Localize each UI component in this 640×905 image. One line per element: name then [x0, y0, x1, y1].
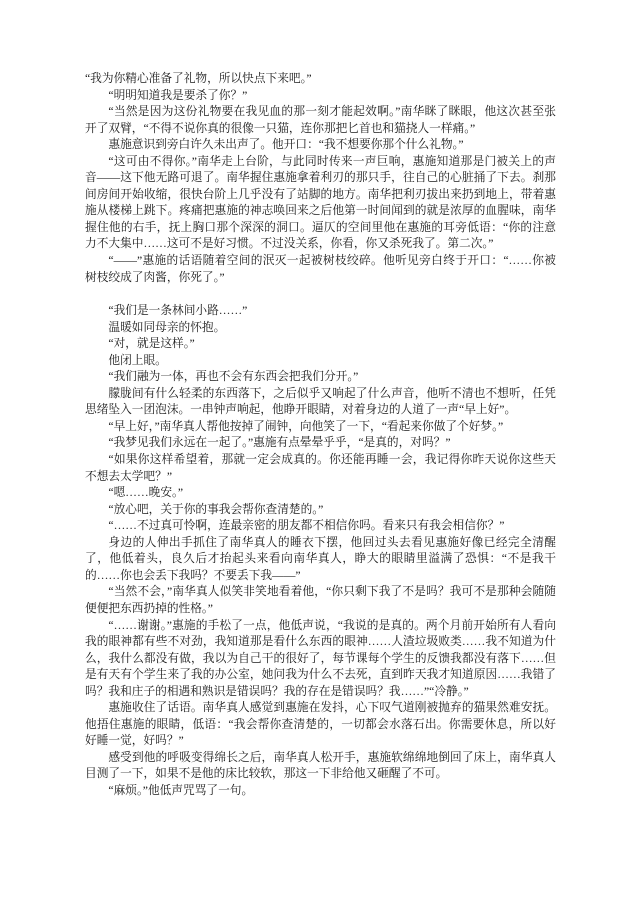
paragraph: 感受到他的呼吸变得绵长之后，南华真人松开手，惠施软绵绵地倒回了床上，南华真人目测…: [85, 750, 556, 783]
paragraph: “如果你这样希望着，那就一定会成真的。你还能再睡一会，我记得你昨天说你这些天不想…: [85, 452, 556, 485]
paragraph: 惠施收住了话语。南华真人感觉到惠施在发抖，心下叹气道刚被抛弃的猫果然难安抚。他捂…: [85, 700, 556, 750]
paragraph: “我们是一条林间小路……”: [85, 303, 556, 320]
paragraph: “早上好，”南华真人帮他按掉了闹钟，向他笑了一下，“看起来你做了个好梦。”: [85, 419, 556, 436]
paragraph: “我们融为一体，再也不会有东西会把我们分开。”: [85, 369, 556, 386]
paragraph: “……谢谢。”惠施的手松了一点，他低声说，“我说的是真的。两个月前开始所有人看向…: [85, 618, 556, 701]
document-page: “我为你精心准备了礼物，所以快点下来吧。” “明明知道我是要杀了你？” “当然是…: [0, 0, 640, 905]
paragraph: “我梦见我们永远在一起了。”惠施有点晕晕乎乎，“是真的，对吗？”: [85, 435, 556, 452]
paragraph: “对，就是这样。”: [85, 336, 556, 353]
paragraph: 身边的人伸出手抓住了南华真人的睡衣下摆，他回过头去看见惠施好像已经完全清醒了，他…: [85, 535, 556, 585]
paragraph: 温暖如同母亲的怀抱。: [85, 320, 556, 337]
paragraph: 惠施意识到旁白许久未出声了。他开口：“我不想要你那个什么礼物。”: [85, 137, 556, 154]
paragraph: 朦胧间有什么轻柔的东西落下，之后似乎又响起了什么声音，他听不清也不想听，任凭思绪…: [85, 386, 556, 419]
paragraph: “当然不会，”南华真人似笑非笑地看着他，“你只剩下我了不是吗？我可不是那种会随随…: [85, 584, 556, 617]
text-content: “我为你精心准备了礼物，所以快点下来吧。” “明明知道我是要杀了你？” “当然是…: [85, 71, 556, 800]
paragraph: “——”惠施的话语随着空间的泯灭一起被树枝绞碎。他听见旁白终于开口：“……你被树…: [85, 253, 556, 286]
paragraph: “这可由不得你。”南华走上台阶，与此同时传来一声巨响，惠施知道那是门被关上的声音…: [85, 154, 556, 253]
paragraph: “当然是因为这份礼物要在我见血的那一刻才能起效啊。”南华眯了眯眼，他这次甚至张开…: [85, 104, 556, 137]
paragraph: “明明知道我是要杀了你？”: [85, 88, 556, 105]
paragraph: “我为你精心准备了礼物，所以快点下来吧。”: [85, 71, 556, 88]
paragraph: “放心吧，关于你的事我会帮你查清楚的。”: [85, 502, 556, 519]
paragraph: “麻烦。”他低声咒骂了一句。: [85, 783, 556, 800]
paragraph: 他闭上眼。: [85, 353, 556, 370]
paragraph: “……不过真可怜啊，连最亲密的朋友都不相信你吗。看来只有我会相信你？”: [85, 518, 556, 535]
paragraph: “嗯……晚安。”: [85, 485, 556, 502]
